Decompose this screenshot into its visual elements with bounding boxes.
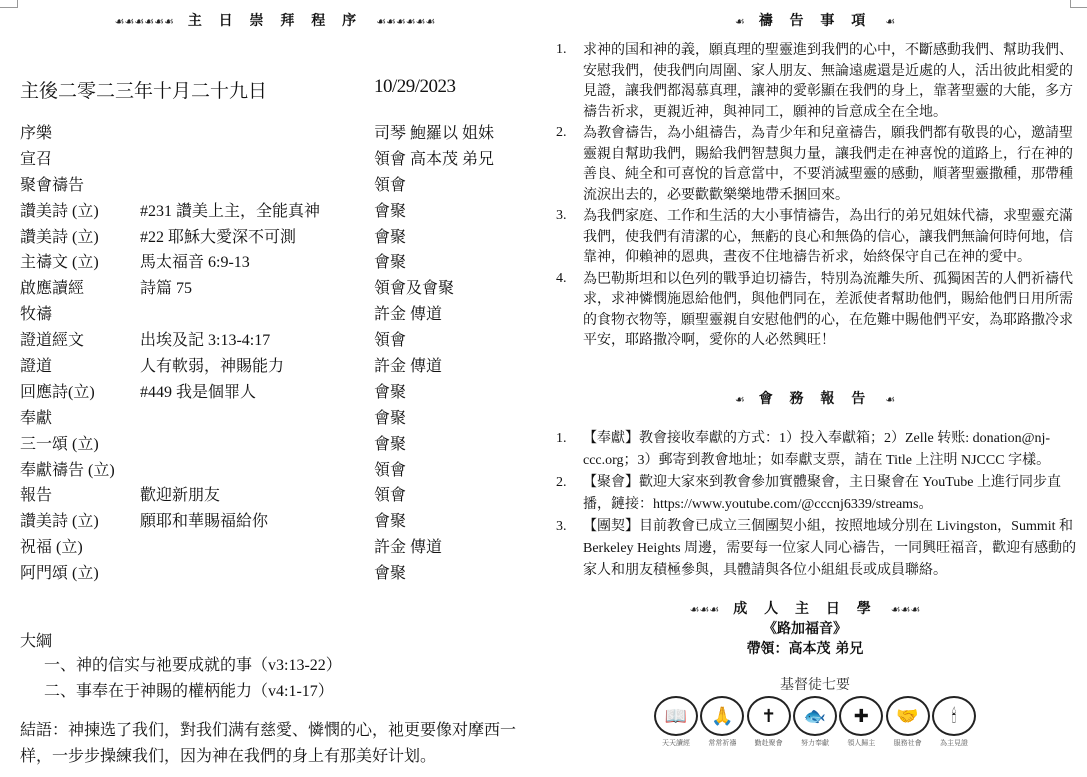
prayer-item: 4.為巴勒斯坦和以色列的戰爭迫切禱告，特別為流離失所、孤獨困苦的人們祈禱代求，求… xyxy=(556,269,1081,351)
service-item: 奉獻禱告 (立) xyxy=(20,457,115,480)
service-item: 啟應讀經 xyxy=(20,275,84,298)
essential-item: ✝勤赴聚會 xyxy=(747,696,791,748)
service-row: 讚美詩 (立)願耶和華賜福給你會聚 xyxy=(20,508,520,534)
service-item: 序樂 xyxy=(20,120,52,143)
offering-fish-icon: 🐟 xyxy=(793,696,837,736)
service-row: 證道經文出埃及記 3:13-4:17領會 xyxy=(20,327,520,353)
order-of-service: 序樂司琴 鮑羅以 姐妹 宣召領會 高本茂 弟兄 聚會禱告領會 讚美詩 (立)#2… xyxy=(20,120,520,586)
announcements-title: 會 務 報 告 xyxy=(759,391,872,407)
bible-reading-icon: 📖 xyxy=(654,696,698,736)
ornament-icon: ☙☙☙☙☙☙ xyxy=(376,15,435,28)
essential-label: 常常祈禱 xyxy=(708,738,736,748)
outline-title: 大綱 xyxy=(20,628,530,652)
sunday-school-leader: 帶領：高本茂 弟兄 xyxy=(630,638,980,658)
service-leader: 會聚 xyxy=(374,224,406,247)
prayer-heading: ☙禱 告 事 項☙ xyxy=(680,10,950,30)
service-detail: 願耶和華賜福給你 xyxy=(140,508,268,531)
ornament-icon: ☙ xyxy=(885,15,895,28)
announcement-list: 1.【奉獻】教會接收奉獻的方式：1）投入奉獻箱；2）Zelle 转账: dona… xyxy=(556,428,1081,582)
service-item: 阿門頌 (立) xyxy=(20,560,99,583)
essential-label: 領人歸主 xyxy=(847,738,875,748)
service-row: 宣召領會 高本茂 弟兄 xyxy=(20,146,520,172)
service-detail: #449 我是個罪人 xyxy=(140,379,256,402)
service-row: 讚美詩 (立)#231 讚美上主，全能真神會聚 xyxy=(20,198,520,224)
sunday-school-heading: ☙☙☙成 人 主 日 學☙☙☙ xyxy=(630,598,980,618)
item-text: 【團契】目前教會已成立三個團契小組，按照地域分別在 Livingston，Sum… xyxy=(583,519,1076,578)
service-leader: 會聚 xyxy=(374,405,406,428)
prayer-icon: 🙏 xyxy=(700,696,744,736)
service-row: 證道人有軟弱，神賜能力許金 傳道 xyxy=(20,353,520,379)
service-leader: 會聚 xyxy=(374,249,406,272)
left-page: ☙☙☙☙☙☙主 日 崇 拜 程 序☙☙☙☙☙☙ 主後二零二三年十月二十九日 10… xyxy=(0,0,540,777)
ornament-icon: ☙☙☙ xyxy=(690,603,720,616)
date-chinese: 主後二零二三年十月二十九日 xyxy=(20,76,267,103)
service-row: 奉獻禱告 (立)領會 xyxy=(20,457,520,483)
right-page: ☙禱 告 事 項☙ 1.求神的国和神的義，願真理的聖靈進到我們的心中，不斷感動我… xyxy=(540,0,1087,777)
essential-item: 🤝服務社會 xyxy=(886,696,930,748)
seven-essentials-title: 基督徒七要 xyxy=(650,674,980,696)
ornament-icon: ☙ xyxy=(735,15,745,28)
evangelism-cross-icon: ✚ xyxy=(839,696,883,736)
service-item: 證道 xyxy=(20,353,52,376)
sunday-school: ☙☙☙成 人 主 日 學☙☙☙ 《路加福音》 帶領：高本茂 弟兄 xyxy=(630,598,980,658)
worship-order-heading: ☙☙☙☙☙☙主 日 崇 拜 程 序☙☙☙☙☙☙ xyxy=(105,10,445,30)
service-item: 回應詩(立) xyxy=(20,379,95,402)
service-item: 讚美詩 (立) xyxy=(20,224,99,247)
service-row: 啟應讀經詩篇 75領會及會聚 xyxy=(20,275,520,301)
item-number: 4. xyxy=(556,269,567,290)
worship-order-title: 主 日 崇 拜 程 序 xyxy=(188,13,362,29)
service-row: 祝福 (立)許金 傳道 xyxy=(20,534,520,560)
service-leader: 司琴 鮑羅以 姐妹 xyxy=(374,120,494,143)
service-detail: 人有軟弱，神賜能力 xyxy=(140,353,284,376)
announcements-heading: ☙會 務 報 告☙ xyxy=(680,388,950,408)
sunday-school-title: 成 人 主 日 學 xyxy=(733,601,877,617)
serving-hands-icon: 🤝 xyxy=(886,696,930,736)
service-leader: 許金 傳道 xyxy=(374,301,442,324)
service-item: 牧禱 xyxy=(20,301,52,324)
item-number: 2. xyxy=(556,472,567,494)
service-item: 宣召 xyxy=(20,146,52,169)
prayer-item: 1.求神的国和神的義，願真理的聖靈進到我們的心中，不斷感動我們、幫助我們、安慰我… xyxy=(556,40,1081,122)
service-detail: 出埃及記 3:13-4:17 xyxy=(140,327,270,350)
ornament-icon: ☙ xyxy=(885,393,895,406)
closing-remarks: 結語：神揀选了我们，對我们满有慈愛、憐憫的心，祂更要像对摩西一样，一步步操練我们… xyxy=(20,718,530,770)
service-leader: 會聚 xyxy=(374,560,406,583)
essential-item: 🐟努力奉獻 xyxy=(793,696,837,748)
essential-item: 🙏常常祈禱 xyxy=(700,696,744,748)
service-item: 祝福 (立) xyxy=(20,534,83,557)
seven-essentials-graphic: 基督徒七要 📖天天讀經 🙏常常祈禱 ✝勤赴聚會 🐟努力奉獻 ✚領人歸主 🤝服務社… xyxy=(650,674,980,769)
item-text: 為教會禱告，為小組禱告，為青少年和兒童禱告，願我們都有敬畏的心，邀請聖靈親自幫助… xyxy=(583,125,1073,203)
service-detail: #231 讚美上主，全能真神 xyxy=(140,198,320,221)
prayer-title: 禱 告 事 項 xyxy=(759,13,872,29)
essential-item: 📖天天讀經 xyxy=(654,696,698,748)
service-leader: 領會 xyxy=(374,457,406,480)
candle-witness-icon: 🕯 xyxy=(932,696,976,736)
item-number: 2. xyxy=(556,123,567,144)
essential-label: 為主見證 xyxy=(940,738,968,748)
service-item: 證道經文 xyxy=(20,327,84,350)
service-leader: 會聚 xyxy=(374,379,406,402)
ornament-icon: ☙☙☙ xyxy=(891,603,921,616)
essential-label: 天天讀經 xyxy=(662,738,690,748)
service-leader: 會聚 xyxy=(374,508,406,531)
service-leader: 會聚 xyxy=(374,431,406,454)
service-row: 序樂司琴 鮑羅以 姐妹 xyxy=(20,120,520,146)
service-row: 回應詩(立)#449 我是個罪人會聚 xyxy=(20,379,520,405)
outline-point: 一、神的信实与祂要成就的事（v3:13-22） xyxy=(20,652,530,678)
essential-label: 努力奉獻 xyxy=(801,738,829,748)
prayer-item: 2.為教會禱告，為小組禱告，為青少年和兒童禱告，願我們都有敬畏的心，邀請聖靈親自… xyxy=(556,123,1081,205)
service-leader: 領會 xyxy=(374,172,406,195)
item-text: 【聚會】歡迎大家來到教會參加實體聚會，主日聚會在 YouTube 上進行同步直播… xyxy=(583,475,1061,512)
service-leader: 許金 傳道 xyxy=(374,534,442,557)
service-row: 報告歡迎新朋友領會 xyxy=(20,482,520,508)
essential-item: ✚領人歸主 xyxy=(839,696,883,748)
item-text: 為巴勒斯坦和以色列的戰爭迫切禱告，特別為流離失所、孤獨困苦的人們祈禱代求，求神憐… xyxy=(583,271,1073,349)
service-detail: #22 耶穌大愛深不可測 xyxy=(140,224,296,247)
ornament-icon: ☙☙☙☙☙☙ xyxy=(115,15,174,28)
service-row: 讚美詩 (立)#22 耶穌大愛深不可測會聚 xyxy=(20,224,520,250)
prayer-item: 3.為我們家庭、工作和生活的大小事情禱告，為出行的弟兄姐妹代禱，求聖靈充滿我們，… xyxy=(556,206,1081,268)
sunday-school-book: 《路加福音》 xyxy=(630,618,980,638)
item-text: 為我們家庭、工作和生活的大小事情禱告，為出行的弟兄姐妹代禱，求聖靈充滿我們，使我… xyxy=(583,208,1073,265)
service-leader: 許金 傳道 xyxy=(374,353,442,376)
service-item: 讚美詩 (立) xyxy=(20,508,99,531)
service-row: 奉獻會聚 xyxy=(20,405,520,431)
service-detail: 馬太福音 6:9-13 xyxy=(140,249,250,272)
service-item: 報告 xyxy=(20,482,52,505)
church-gathering-icon: ✝ xyxy=(747,696,791,736)
essential-item: 🕯為主見證 xyxy=(932,696,976,748)
item-number: 1. xyxy=(556,428,567,450)
service-leader: 領會 xyxy=(374,482,406,505)
service-item: 奉獻 xyxy=(20,405,52,428)
outline-point: 二、事奉在于神賜的權柄能力（v4:1-17） xyxy=(20,678,530,704)
service-row: 聚會禱告領會 xyxy=(20,172,520,198)
item-number: 3. xyxy=(556,516,567,538)
item-text: 求神的国和神的義，願真理的聖靈進到我們的心中，不斷感動我們、幫助我們、安慰我們，… xyxy=(583,42,1073,120)
service-leader: 領會 高本茂 弟兄 xyxy=(374,146,494,169)
service-item: 聚會禱告 xyxy=(20,172,84,195)
essential-label: 勤赴聚會 xyxy=(755,738,783,748)
service-item: 三一頌 (立) xyxy=(20,431,99,454)
announcement-item: 2.【聚會】歡迎大家來到教會參加實體聚會，主日聚會在 YouTube 上進行同步… xyxy=(556,472,1081,516)
sermon-outline: 大綱 一、神的信实与祂要成就的事（v3:13-22） 二、事奉在于神賜的權柄能力… xyxy=(20,628,530,704)
service-row: 牧禱許金 傳道 xyxy=(20,301,520,327)
service-row: 主禱文 (立)馬太福音 6:9-13會聚 xyxy=(20,249,520,275)
service-item: 讚美詩 (立) xyxy=(20,198,99,221)
essential-label: 服務社會 xyxy=(894,738,922,748)
service-leader: 會聚 xyxy=(374,198,406,221)
service-leader: 領會及會聚 xyxy=(374,275,454,298)
service-row: 三一頌 (立)會聚 xyxy=(20,431,520,457)
item-number: 3. xyxy=(556,206,567,227)
prayer-list: 1.求神的国和神的義，願真理的聖靈進到我們的心中，不斷感動我們、幫助我們、安慰我… xyxy=(556,40,1081,351)
ornament-icon: ☙ xyxy=(735,393,745,406)
item-text: 【奉獻】教會接收奉獻的方式：1）投入奉獻箱；2）Zelle 转账: donati… xyxy=(583,431,1050,468)
service-detail: 詩篇 75 xyxy=(140,275,192,298)
item-number: 1. xyxy=(556,40,567,61)
service-detail: 歡迎新朋友 xyxy=(140,482,220,505)
announcement-item: 1.【奉獻】教會接收奉獻的方式：1）投入奉獻箱；2）Zelle 转账: dona… xyxy=(556,428,1081,472)
service-row: 阿門頌 (立)會聚 xyxy=(20,560,520,586)
service-leader: 領會 xyxy=(374,327,406,350)
service-item: 主禱文 (立) xyxy=(20,249,99,272)
announcement-item: 3.【團契】目前教會已成立三個團契小組，按照地域分別在 Livingston，S… xyxy=(556,516,1081,582)
date: 10/29/2023 xyxy=(374,76,456,98)
